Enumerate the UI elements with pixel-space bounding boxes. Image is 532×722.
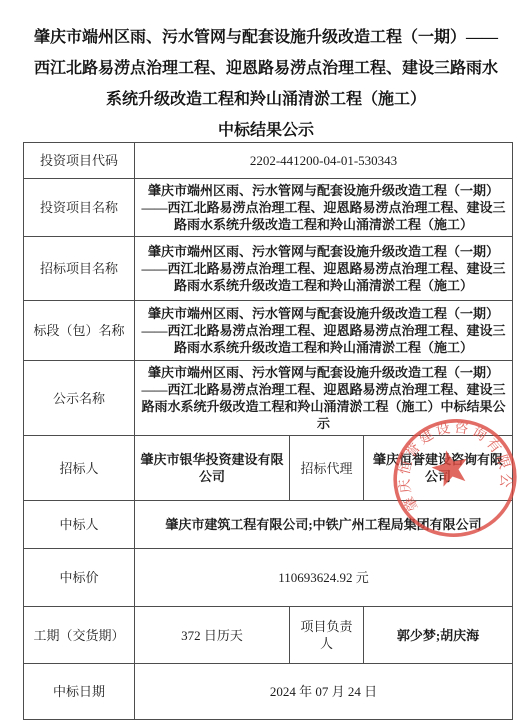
row-value-2: 肇庆恒誉建设咨询有限公司: [364, 436, 513, 501]
row-tender-project-name: 招标项目名称 肇庆市端州区雨、污水管网与配套设施升级改造工程（一期）——西江北路…: [24, 237, 513, 301]
row-label: 招标项目名称: [24, 237, 135, 301]
row-publicity-name: 公示名称 肇庆市端州区雨、污水管网与配套设施升级改造工程（一期）——西江北路易涝…: [24, 361, 513, 436]
row-tenderer: 招标人 肇庆市银华投资建设有限公司 招标代理 肇庆恒誉建设咨询有限公司: [24, 436, 513, 501]
row-value-2: 郭少梦;胡庆海: [364, 607, 513, 664]
row-label: 中标日期: [24, 664, 135, 720]
row-value: 2024 年 07 月 24 日: [135, 664, 513, 720]
announcement-page: 肇庆市端州区雨、污水管网与配套设施升级改造工程（一期）—— 西江北路易涝点治理工…: [0, 0, 532, 722]
row-investment-project-name: 投资项目名称 肇庆市端州区雨、污水管网与配套设施升级改造工程（一期）——西江北路…: [24, 179, 513, 237]
row-value: 肇庆市端州区雨、污水管网与配套设施升级改造工程（一期）——西江北路易涝点治理工程…: [135, 301, 513, 361]
row-construction-period: 工期（交货期） 372 日历天 项目负责人 郭少梦;胡庆海: [24, 607, 513, 664]
row-label: 中标价: [24, 549, 135, 607]
title-line-3: 系统升级改造工程和羚山涌清淤工程（施工）: [10, 84, 522, 115]
announcement-title: 肇庆市端州区雨、污水管网与配套设施升级改造工程（一期）—— 西江北路易涝点治理工…: [10, 22, 522, 146]
row-label: 标段（包）名称: [24, 301, 135, 361]
row-value: 372 日历天: [135, 607, 290, 664]
row-label: 工期（交货期）: [24, 607, 135, 664]
row-label: 投资项目名称: [24, 179, 135, 237]
row-section-name: 标段（包）名称 肇庆市端州区雨、污水管网与配套设施升级改造工程（一期）——西江北…: [24, 301, 513, 361]
row-label-2: 项目负责人: [290, 607, 364, 664]
row-value: 肇庆市银华投资建设有限公司: [135, 436, 290, 501]
row-label-2: 招标代理: [290, 436, 364, 501]
row-award-date: 中标日期 2024 年 07 月 24 日: [24, 664, 513, 720]
bid-result-table: 投资项目代码 2202-441200-04-01-530343 投资项目名称 肇…: [23, 142, 513, 720]
row-value: 肇庆市端州区雨、污水管网与配套设施升级改造工程（一期）——西江北路易涝点治理工程…: [135, 179, 513, 237]
row-label: 投资项目代码: [24, 143, 135, 179]
row-label: 公示名称: [24, 361, 135, 436]
row-winning-bidder: 中标人 肇庆市建筑工程有限公司;中铁广州工程局集团有限公司: [24, 501, 513, 549]
row-value: 肇庆市端州区雨、污水管网与配套设施升级改造工程（一期）——西江北路易涝点治理工程…: [135, 361, 513, 436]
row-investment-code: 投资项目代码 2202-441200-04-01-530343: [24, 143, 513, 179]
row-label: 招标人: [24, 436, 135, 501]
row-value: 2202-441200-04-01-530343: [135, 143, 513, 179]
row-value: 肇庆市端州区雨、污水管网与配套设施升级改造工程（一期）——西江北路易涝点治理工程…: [135, 237, 513, 301]
row-value: 肇庆市建筑工程有限公司;中铁广州工程局集团有限公司: [135, 501, 513, 549]
row-winning-price: 中标价 110693624.92 元: [24, 549, 513, 607]
title-line-2: 西江北路易涝点治理工程、迎恩路易涝点治理工程、建设三路雨水: [10, 53, 522, 84]
row-label: 中标人: [24, 501, 135, 549]
title-line-1: 肇庆市端州区雨、污水管网与配套设施升级改造工程（一期）——: [10, 22, 522, 53]
row-value: 110693624.92 元: [135, 549, 513, 607]
